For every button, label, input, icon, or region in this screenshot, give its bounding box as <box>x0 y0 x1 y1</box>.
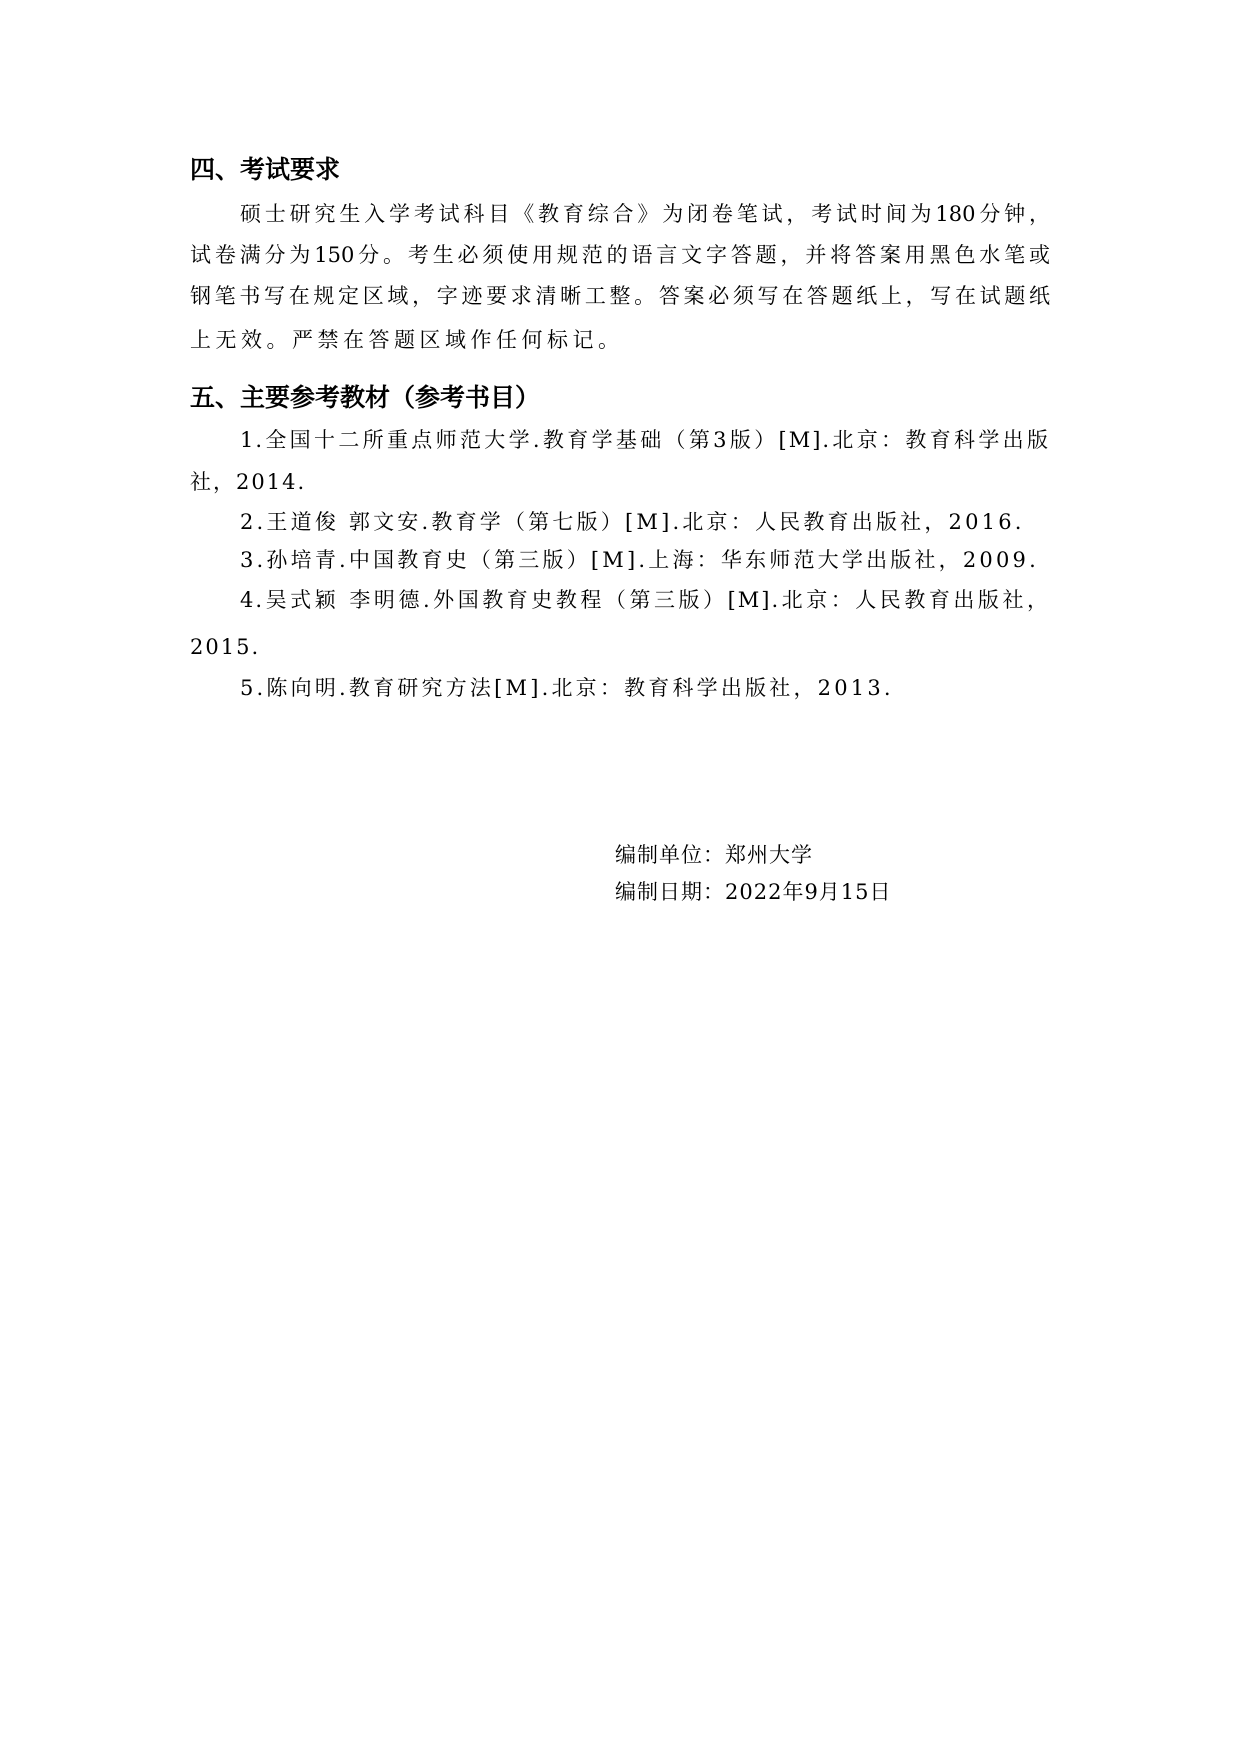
section-heading-references: 五、主要参考教材（参考书目） <box>190 384 540 412</box>
paragraph-line: 硕士研究生入学考试科目《教育综合》为闭卷笔试，考试时间为180分钟， <box>240 201 1050 227</box>
reference-item-4-continuation: 2015. <box>190 634 260 660</box>
reference-item-5: 5.陈向明.教育研究方法[M].北京：教育科学出版社，2013. <box>240 675 894 701</box>
compiling-unit: 编制单位：郑州大学 <box>615 842 813 868</box>
reference-item-1-continuation: 社，2014. <box>190 469 306 495</box>
reference-item-3: 3.孙培青.中国教育史（第三版）[M].上海：华东师范大学出版社，2009. <box>240 547 1039 573</box>
compiling-date: 编制日期：2022年9月15日 <box>615 879 892 905</box>
section-heading-exam-requirements: 四、考试要求 <box>190 156 340 184</box>
document-page: 四、考试要求 硕士研究生入学考试科目《教育综合》为闭卷笔试，考试时间为180分钟… <box>0 0 1240 1754</box>
paragraph-line: 上无效。严禁在答题区域作任何标记。 <box>190 327 624 353</box>
reference-item-4: 4.吴式颖 李明德.外国教育史教程（第三版）[M].北京：人民教育出版社， <box>240 587 1050 613</box>
paragraph-line: 钢笔书写在规定区域，字迹要求清晰工整。答案必须写在答题纸上，写在试题纸 <box>190 283 1050 309</box>
paragraph-line: 试卷满分为150分。考生必须使用规范的语言文字答题，并将答案用黑色水笔或 <box>190 242 1050 268</box>
reference-item-1: 1.全国十二所重点师范大学.教育学基础（第3版）[M].北京：教育科学出版 <box>240 427 1050 453</box>
reference-item-2: 2.王道俊 郭文安.教育学（第七版）[M].北京：人民教育出版社，2016. <box>240 509 1025 535</box>
